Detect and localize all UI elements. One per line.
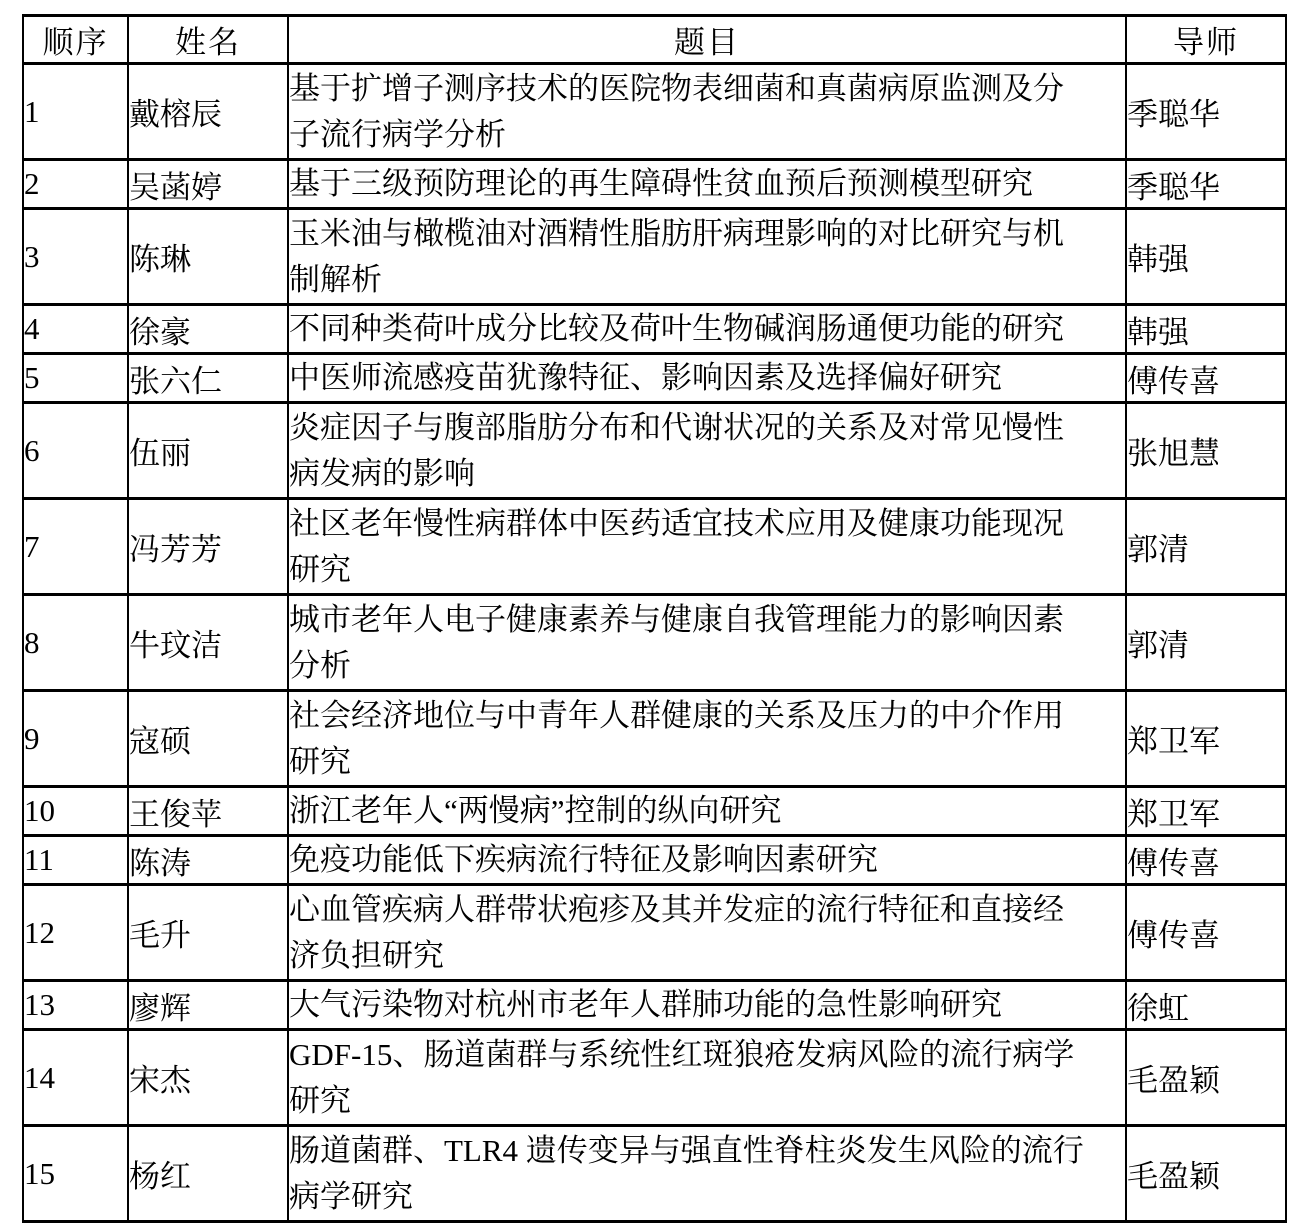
- title-line: 中医师流感疫苗犹豫特征、影响因素及选择偏好研究: [289, 355, 1125, 401]
- title-line: 研究: [289, 1078, 1125, 1124]
- title-line: 济负担研究: [289, 933, 1125, 979]
- table-row: 5张六仁中医师流感疫苗犹豫特征、影响因素及选择偏好研究傅传喜: [23, 354, 1286, 403]
- title-cell: 不同种类荷叶成分比较及荷叶生物碱润肠通便功能的研究: [288, 305, 1126, 354]
- seq-cell: 6: [23, 403, 128, 499]
- title-cell: 中医师流感疫苗犹豫特征、影响因素及选择偏好研究: [288, 354, 1126, 403]
- advisor-cell: 毛盈颖: [1126, 1030, 1286, 1126]
- seq-cell: 10: [23, 787, 128, 836]
- table-row: 15杨红肠道菌群、TLR4 遗传变异与强直性脊柱炎发生风险的流行病学研究毛盈颖: [23, 1126, 1286, 1222]
- header-seq: 顺序: [23, 16, 128, 64]
- name-cell: 牛玟洁: [128, 595, 288, 691]
- title-cell: 心血管疾病人群带状疱疹及其并发症的流行特征和直接经济负担研究: [288, 885, 1126, 981]
- table-row: 9寇硕社会经济地位与中青年人群健康的关系及压力的中介作用研究郑卫军: [23, 691, 1286, 787]
- title-line: 炎症因子与腹部脂肪分布和代谢状况的关系及对常见慢性: [289, 405, 1125, 451]
- header-name: 姓名: [128, 16, 288, 64]
- title-line: 基于三级预防理论的再生障碍性贫血预后预测模型研究: [289, 161, 1125, 207]
- seq-cell: 3: [23, 209, 128, 305]
- title-cell: 基于扩增子测序技术的医院物表细菌和真菌病原监测及分子流行病学分析: [288, 64, 1126, 160]
- seq-cell: 7: [23, 499, 128, 595]
- title-line: 肠道菌群、TLR4 遗传变异与强直性脊柱炎发生风险的流行: [289, 1128, 1125, 1174]
- seq-cell: 9: [23, 691, 128, 787]
- name-cell: 寇硕: [128, 691, 288, 787]
- table-row: 13廖辉大气污染物对杭州市老年人群肺功能的急性影响研究徐虹: [23, 981, 1286, 1030]
- seq-cell: 13: [23, 981, 128, 1030]
- advisor-cell: 郭清: [1126, 499, 1286, 595]
- header-row: 顺序 姓名 题目 导师: [23, 16, 1286, 64]
- advisor-cell: 郑卫军: [1126, 691, 1286, 787]
- name-cell: 张六仁: [128, 354, 288, 403]
- title-line: 研究: [289, 547, 1125, 593]
- name-cell: 杨红: [128, 1126, 288, 1222]
- table-row: 1戴榕辰基于扩增子测序技术的医院物表细菌和真菌病原监测及分子流行病学分析季聪华: [23, 64, 1286, 160]
- table-row: 4徐豪不同种类荷叶成分比较及荷叶生物碱润肠通便功能的研究韩强: [23, 305, 1286, 354]
- seq-cell: 12: [23, 885, 128, 981]
- title-line: 大气污染物对杭州市老年人群肺功能的急性影响研究: [289, 982, 1125, 1028]
- seq-cell: 5: [23, 354, 128, 403]
- name-cell: 王俊苹: [128, 787, 288, 836]
- title-line: 制解析: [289, 257, 1125, 303]
- name-cell: 徐豪: [128, 305, 288, 354]
- title-cell: 基于三级预防理论的再生障碍性贫血预后预测模型研究: [288, 160, 1126, 209]
- seq-cell: 1: [23, 64, 128, 160]
- header-advisor: 导师: [1126, 16, 1286, 64]
- table-row: 8牛玟洁城市老年人电子健康素养与健康自我管理能力的影响因素分析郭清: [23, 595, 1286, 691]
- advisor-cell: 毛盈颖: [1126, 1126, 1286, 1222]
- advisor-cell: 郭清: [1126, 595, 1286, 691]
- title-line: 子流行病学分析: [289, 112, 1125, 158]
- table-row: 14宋杰GDF-15、肠道菌群与系统性红斑狼疮发病风险的流行病学研究毛盈颖: [23, 1030, 1286, 1126]
- table-row: 11陈涛免疫功能低下疾病流行特征及影响因素研究傅传喜: [23, 836, 1286, 885]
- title-line: 病发病的影响: [289, 451, 1125, 497]
- title-cell: 炎症因子与腹部脂肪分布和代谢状况的关系及对常见慢性病发病的影响: [288, 403, 1126, 499]
- advisor-cell: 徐虹: [1126, 981, 1286, 1030]
- seq-cell: 4: [23, 305, 128, 354]
- title-line: 病学研究: [289, 1174, 1125, 1220]
- title-line: GDF-15、肠道菌群与系统性红斑狼疮发病风险的流行病学: [289, 1032, 1125, 1078]
- document-page: 顺序 姓名 题目 导师 1戴榕辰基于扩增子测序技术的医院物表细菌和真菌病原监测及…: [0, 0, 1303, 1217]
- table-row: 12毛升心血管疾病人群带状疱疹及其并发症的流行特征和直接经济负担研究傅传喜: [23, 885, 1286, 981]
- table-row: 3陈琳玉米油与橄榄油对酒精性脂肪肝病理影响的对比研究与机制解析韩强: [23, 209, 1286, 305]
- title-line: 研究: [289, 739, 1125, 785]
- title-line: 社区老年慢性病群体中医药适宜技术应用及健康功能现况: [289, 501, 1125, 547]
- advisor-cell: 季聪华: [1126, 160, 1286, 209]
- name-cell: 宋杰: [128, 1030, 288, 1126]
- thesis-list-table: 顺序 姓名 题目 导师 1戴榕辰基于扩增子测序技术的医院物表细菌和真菌病原监测及…: [22, 14, 1287, 1223]
- name-cell: 廖辉: [128, 981, 288, 1030]
- title-cell: 社区老年慢性病群体中医药适宜技术应用及健康功能现况研究: [288, 499, 1126, 595]
- title-line: 免疫功能低下疾病流行特征及影响因素研究: [289, 837, 1125, 883]
- table-row: 7冯芳芳社区老年慢性病群体中医药适宜技术应用及健康功能现况研究郭清: [23, 499, 1286, 595]
- seq-cell: 14: [23, 1030, 128, 1126]
- advisor-cell: 傅传喜: [1126, 836, 1286, 885]
- title-line: 社会经济地位与中青年人群健康的关系及压力的中介作用: [289, 693, 1125, 739]
- seq-cell: 8: [23, 595, 128, 691]
- title-line: 基于扩增子测序技术的医院物表细菌和真菌病原监测及分: [289, 66, 1125, 112]
- advisor-cell: 韩强: [1126, 209, 1286, 305]
- title-cell: GDF-15、肠道菌群与系统性红斑狼疮发病风险的流行病学研究: [288, 1030, 1126, 1126]
- advisor-cell: 张旭慧: [1126, 403, 1286, 499]
- table-row: 2吴菡婷基于三级预防理论的再生障碍性贫血预后预测模型研究季聪华: [23, 160, 1286, 209]
- title-cell: 肠道菌群、TLR4 遗传变异与强直性脊柱炎发生风险的流行病学研究: [288, 1126, 1126, 1222]
- title-cell: 免疫功能低下疾病流行特征及影响因素研究: [288, 836, 1126, 885]
- title-line: 分析: [289, 643, 1125, 689]
- advisor-cell: 季聪华: [1126, 64, 1286, 160]
- title-cell: 大气污染物对杭州市老年人群肺功能的急性影响研究: [288, 981, 1126, 1030]
- title-cell: 玉米油与橄榄油对酒精性脂肪肝病理影响的对比研究与机制解析: [288, 209, 1126, 305]
- name-cell: 毛升: [128, 885, 288, 981]
- seq-cell: 2: [23, 160, 128, 209]
- advisor-cell: 韩强: [1126, 305, 1286, 354]
- table-row: 6伍丽炎症因子与腹部脂肪分布和代谢状况的关系及对常见慢性病发病的影响张旭慧: [23, 403, 1286, 499]
- title-cell: 浙江老年人“两慢病”控制的纵向研究: [288, 787, 1126, 836]
- title-line: 不同种类荷叶成分比较及荷叶生物碱润肠通便功能的研究: [289, 306, 1125, 352]
- title-line: 心血管疾病人群带状疱疹及其并发症的流行特征和直接经: [289, 887, 1125, 933]
- title-line: 城市老年人电子健康素养与健康自我管理能力的影响因素: [289, 597, 1125, 643]
- advisor-cell: 傅传喜: [1126, 354, 1286, 403]
- name-cell: 陈琳: [128, 209, 288, 305]
- title-cell: 社会经济地位与中青年人群健康的关系及压力的中介作用研究: [288, 691, 1126, 787]
- title-line: 浙江老年人“两慢病”控制的纵向研究: [289, 788, 1125, 834]
- name-cell: 吴菡婷: [128, 160, 288, 209]
- name-cell: 伍丽: [128, 403, 288, 499]
- advisor-cell: 郑卫军: [1126, 787, 1286, 836]
- advisor-cell: 傅传喜: [1126, 885, 1286, 981]
- seq-cell: 15: [23, 1126, 128, 1222]
- name-cell: 陈涛: [128, 836, 288, 885]
- name-cell: 戴榕辰: [128, 64, 288, 160]
- name-cell: 冯芳芳: [128, 499, 288, 595]
- title-line: 玉米油与橄榄油对酒精性脂肪肝病理影响的对比研究与机: [289, 211, 1125, 257]
- seq-cell: 11: [23, 836, 128, 885]
- header-title: 题目: [288, 16, 1126, 64]
- table-row: 10王俊苹浙江老年人“两慢病”控制的纵向研究郑卫军: [23, 787, 1286, 836]
- title-cell: 城市老年人电子健康素养与健康自我管理能力的影响因素分析: [288, 595, 1126, 691]
